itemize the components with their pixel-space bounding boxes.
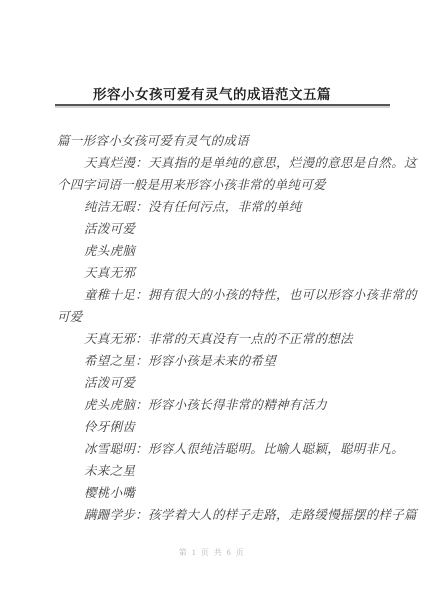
- text-line: 天真无邪: [57, 262, 379, 284]
- text-line: 个四字词语一般是用来形容小孩非常的单纯可爱: [57, 174, 379, 196]
- text-line: 虎头虎脑: [57, 240, 379, 262]
- document-title: 形容小女孩可爱有灵气的成语范文五篇: [0, 83, 424, 103]
- document-page: 形容小女孩可爱有灵气的成语范文五篇 篇一形容小女孩可爱有灵气的成语天真烂漫：天真…: [0, 0, 424, 600]
- text-line: 纯洁无暇：没有任何污点，非常的单纯: [57, 196, 379, 218]
- document-body: 篇一形容小女孩可爱有灵气的成语天真烂漫：天真指的是单纯的意思，烂漫的意思是自然。…: [57, 130, 379, 526]
- text-line: 伶牙俐齿: [57, 416, 379, 438]
- text-line: 童稚十足：拥有很大的小孩的特性，也可以形容小孩非常的: [57, 284, 379, 306]
- text-line: 蹒跚学步：孩学着大人的样子走路，走路缓慢摇摆的样子篇: [57, 504, 379, 526]
- text-line: 希望之星：形容小孩是未来的希望: [57, 350, 379, 372]
- text-line: 樱桃小嘴: [57, 482, 379, 504]
- page-number-footer: 第 1 页 共 6 页: [0, 547, 424, 558]
- text-line: 未来之星: [57, 460, 379, 482]
- text-line: 冰雪聪明：形容人很纯洁聪明。比喻人聪颖，聪明非凡。: [57, 438, 379, 460]
- text-line: 虎头虎脑：形容小孩长得非常的精神有活力: [57, 394, 379, 416]
- text-line: 天真烂漫：天真指的是单纯的意思，烂漫的意思是自然。这: [57, 152, 379, 174]
- text-line: 活泼可爱: [57, 372, 379, 394]
- text-line: 篇一形容小女孩可爱有灵气的成语: [57, 130, 379, 152]
- text-line: 可爱: [57, 306, 379, 328]
- title-divider: [55, 104, 390, 106]
- text-line: 天真无邪：非常的天真没有一点的不正常的想法: [57, 328, 379, 350]
- text-line: 活泼可爱: [57, 218, 379, 240]
